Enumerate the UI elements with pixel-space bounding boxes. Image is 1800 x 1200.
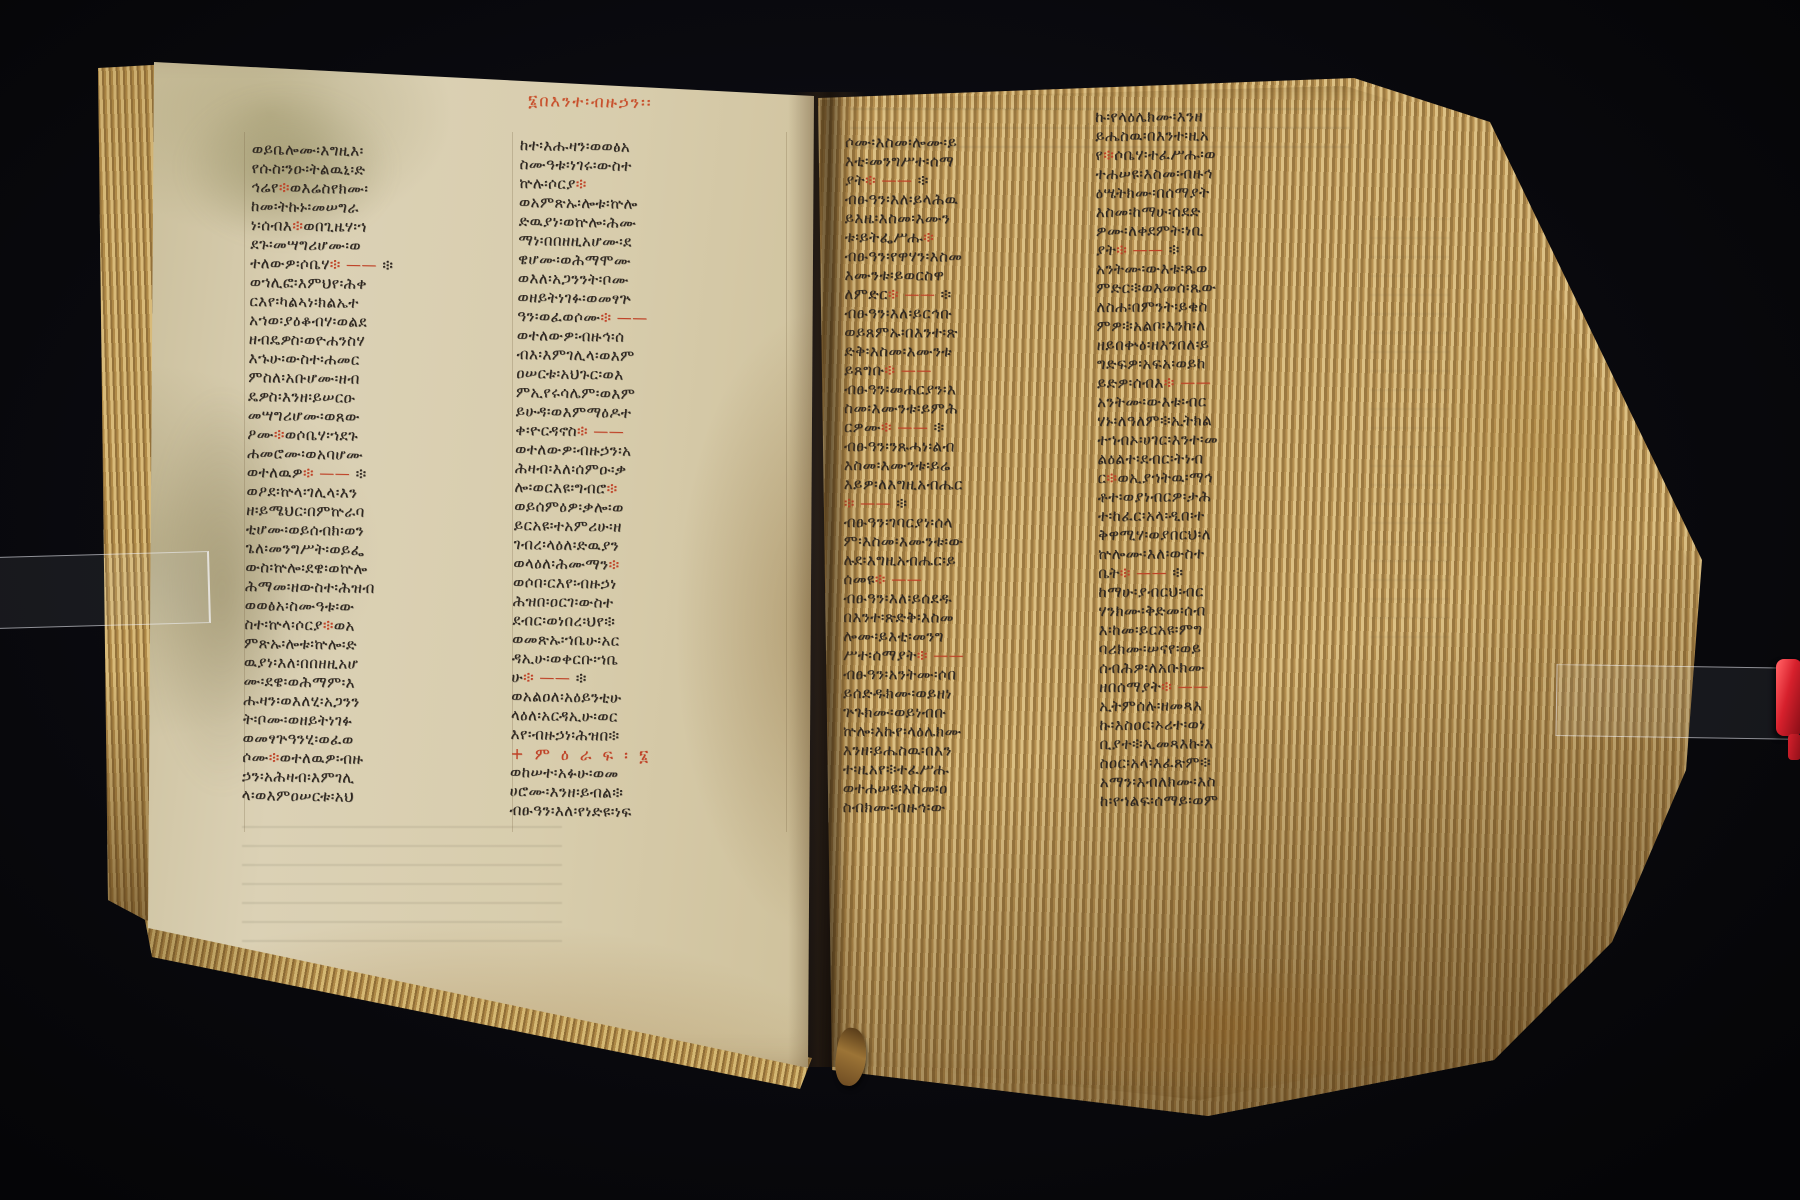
body-text: ኩ፡እስዐር፡ኦሪተ፡ወነ — [1099, 715, 1205, 734]
body-text: ወተለውዎ፡ብዙኃን፡አ — [515, 440, 632, 460]
body-text: ፨ — [891, 494, 907, 512]
body-text: ይርአዩ፡ተአምሪሁ፡ዘ — [514, 516, 622, 536]
red-clip-tail — [1788, 734, 1800, 760]
body-text: ሉደ፡እግዚአብሔር፡ይ — [843, 551, 956, 569]
body-text: ያት — [845, 171, 865, 189]
body-text: ቲሆሙ፡ወይሰብክ፡ወን — [246, 520, 365, 540]
body-text: ወመጽኡ፡ኀቤሁ፡አር — [512, 630, 620, 650]
body-text: ወተለዉዎ — [247, 463, 303, 482]
body-text: ብፁዓን፡ንጹሓነ፡ልብ — [844, 437, 955, 455]
showthrough-text — [1370, 218, 1450, 638]
body-text: ኵሎሙ፡እለ፡ውስተ — [1098, 544, 1204, 563]
body-text: ወመፃጕዓንሂ፡ወፈወ — [242, 729, 353, 749]
body-text: ር — [1098, 469, 1107, 487]
text-line: ያት፨ —— ፨ — [1096, 239, 1358, 260]
text-line: +፶፯ብፁዓን፡አንትሙ፡ሶበ — [843, 665, 1091, 685]
text-line: ሎሙ፡ይእቲ፡መንግ — [843, 627, 1091, 647]
rubric-text: ፨ — [279, 178, 290, 196]
red-cross-icon: + — [242, 479, 243, 492]
rubric-text: ፨ — [303, 464, 314, 482]
body-text: ከማሁ፡ያብርህ፡ብር — [1098, 582, 1203, 601]
body-text: ት፡ቦሙ፡ወዘይትነገፉ — [243, 710, 353, 730]
text-line: ኵሎ፡እኩየ፡ላዕሌክሙ — [843, 722, 1091, 742]
body-text: ምኢየሩሳሌም፡ወእም — [516, 383, 636, 403]
rubric-text: ፨ — [1103, 146, 1114, 164]
body-text: ኅሬየ — [251, 178, 279, 196]
text-line: እንዘ፡ይሔስዉ፡በእን — [843, 741, 1091, 761]
rubric-text: ፨ — [608, 555, 619, 573]
text-line: +አንትሙ፡ውእቱ፡ጼወ — [1096, 258, 1358, 279]
rubric-text: ፨ — [600, 308, 611, 326]
text-line: ሥተ፡ሰማያት፨ —— — [843, 646, 1091, 666]
text-line: አማን፡እብለክሙ፡እስ — [1100, 771, 1362, 792]
rubric-text: ፨ — [888, 285, 899, 303]
rubric-text: ፨ — [865, 171, 876, 189]
body-text: አንትሙ፡ውእቱ፡ጼወ — [1096, 259, 1208, 278]
body-text: ዘበሰማያት — [1099, 678, 1161, 696]
text-line: ቶተ፡ወያነብርዎ፡ታሕ — [1098, 486, 1360, 507]
text-line: ዕሤትክሙ፡በሰማያት — [1096, 182, 1358, 203]
body-text: ባሪክሙ፡ሠናየ፡ወይ — [1099, 639, 1202, 658]
body-text: ይሰድዱክሙ፡ወይዘነ — [843, 684, 952, 702]
body-text: ይጸግቡ — [844, 361, 884, 379]
body-text: ወይቤሎሙ፡እግዚእ፡ — [252, 140, 364, 160]
text-line: ሶሙ፡እስመ፡ሎሙ፡ይ — [845, 133, 1093, 153]
text-line: እ፡ከመ፡ይርአዩ፡ምግ — [1099, 619, 1361, 640]
rubric-text: ፨ — [523, 668, 534, 686]
body-text: ሕዛብ፡እለ፡ሰምዑ፡ቃ — [515, 459, 627, 479]
body-text: ዓን፡ወፈወሶሙ — [517, 307, 601, 326]
text-line: ቅዋሚሃ፡ወያበርህ፡ለ — [1098, 524, 1360, 545]
text-line: +እቲ፡መንግሥተ፡ሰማ — [845, 152, 1093, 172]
body-text: ይሁዳ፡ወእምማዕዶተ — [516, 402, 632, 422]
body-text: ልዕልተ፡ደብር፡ትነብ — [1097, 449, 1203, 468]
text-line: ቤት፨ —— ፨ — [1098, 562, 1360, 583]
acrylic-strip-left — [0, 551, 211, 629]
rubric-text: ፨ — [274, 425, 285, 443]
body-text: በእንተ፡ጽድቅ፡እስመ — [843, 608, 954, 626]
rubric-text: —— — [886, 570, 922, 588]
body-text: ሎሙ፡ይእቲ፡መንግ — [843, 627, 944, 645]
body-text: እየ፡ብዙኃነ፡ሕዝበ፨ — [510, 725, 619, 745]
body-text: ወወፅአ፡ስሙዓቱ፡ው — [245, 596, 355, 616]
body-text: ሙ፡ደዌ፡ወሕማም፡እ — [243, 672, 355, 692]
body-text: እንዘ፡ይሔስዉ፡በእን — [843, 741, 952, 759]
text-column-right-2: ኩ፡የላዕሌክሙ፡እንዘይሔስዉ፡በእንተ፡ዚአየ፨ሶቤሃ፡ተፈሥሑ፡ወተሐሠዩ… — [1095, 106, 1362, 811]
body-text: አንትሙ፡ውእቱ፡ብር — [1097, 392, 1207, 411]
body-text: ፨ — [1163, 240, 1179, 258]
body-text: ፨ — [935, 285, 951, 303]
body-text: ሕማመ፡ዘውስተ፡ሕዝብ — [245, 577, 375, 597]
body-text: ከተ፡እሑዛን፡ወወፅአ — [520, 136, 631, 156]
body-text: አኀወ፡ያዕቆብሃ፡ወልደ — [249, 311, 367, 331]
text-line: ር፨ወኢያኀትዉ፡ማኅ — [1098, 467, 1360, 488]
rubric-text: —— — [1172, 677, 1208, 695]
body-text: ከመ፡ትኩኑ፡መሠግራ — [251, 197, 359, 217]
rubric-text: —— — [895, 361, 931, 379]
text-line: ላ፡ወእምዐሠርቱ፡አህ — [242, 786, 500, 809]
text-line: +ብፁዓን፡ገባርያነ፡ሰላ — [844, 513, 1092, 533]
showthrough-text — [242, 822, 562, 942]
text-line: ኩ፡የላዕሌክሙ፡እንዘ — [1095, 106, 1357, 127]
text-line: ም፡እስመ፡እሙንቱ፡ው — [844, 532, 1092, 552]
rubric-text: ፨ — [917, 646, 928, 664]
body-text: ሰመዩ — [843, 570, 874, 588]
body-text: ቤት — [1098, 564, 1120, 582]
body-text: ምዎ፨አልቦ፡እንከ፡ለ — [1096, 316, 1205, 335]
text-line: ሉደ፡እግዚአብሔር፡ይ — [843, 551, 1091, 571]
text-line: ርዎሙ፨ —— ፨ — [844, 418, 1092, 438]
rubric-text: ፨ — [1164, 373, 1175, 391]
rubric-text: + — [510, 744, 535, 763]
text-line: ግድፍዎ፡አፍአ፡ወይከ — [1097, 353, 1359, 374]
text-line: ሰብሕዎ፡ለአቡክሙ — [1099, 657, 1361, 678]
body-text: የ — [1095, 146, 1103, 164]
text-column-right-1: ሶሙ፡እስመ፡ሎሙ፡ይ+እቲ፡መንግሥተ፡ሰማ፶ያት፨ —— ፨ብፁዓን፡እለ፡… — [843, 133, 1093, 818]
body-text: ብእ፡እምገሊላ፡ወእም — [516, 345, 634, 365]
body-text: ግድፍዎ፡አፍአ፡ወይከ — [1097, 354, 1206, 373]
body-text: ሕዝበ፡ዐርገ፡ውስተ — [513, 592, 614, 612]
body-text: ብፁዓን፡አንትሙ፡ሶበ — [843, 665, 956, 683]
rubric-text: —— — [876, 171, 912, 189]
red-clip — [1776, 659, 1800, 736]
body-text: ኵሎ፡እኩየ፡ላዕሌክሙ — [843, 722, 962, 740]
rubric-text: —— — [1127, 241, 1163, 259]
text-line: +፺፮ቱ፡ይትፌሥሑ፨ — [845, 228, 1093, 248]
text-line: ፶ያት፨ —— ፨ — [845, 171, 1093, 191]
body-text: ዐሠርቱ፡አህጉር፡ወእ — [516, 364, 624, 384]
rubric-text: ፨ — [881, 418, 892, 436]
body-text: ርዎሙ — [844, 418, 881, 436]
rubric-text: —— — [611, 308, 648, 327]
text-line: ብፁዓን፡እለ፡የነድዩ፡ነፍ — [509, 801, 771, 824]
text-line: ፨ —— ፨ — [844, 494, 1092, 514]
text-line: ዘበሰማያት፨ —— — [1099, 676, 1361, 697]
text-line: ዘይበቍዕ፡ዘእንበለ፡ይ — [1097, 334, 1359, 355]
body-text: ቀ፡ዮርዳኖስ — [515, 421, 577, 440]
body-text: ስዐር፡አላ፡እፈጽም፨ — [1100, 753, 1212, 772]
text-line: ለምድር፨ —— ፨ — [844, 285, 1092, 305]
rubric-text: —— — [1175, 373, 1211, 391]
body-text: ብፁዓን፡ገባርያነ፡ሰላ — [844, 513, 953, 531]
text-line: ሃኑ፡ለዓለም፨ኢትክል — [1097, 410, 1359, 431]
body-text: ድቅ፡እስመ፡እሙንቱ — [844, 342, 952, 360]
body-text: ሃንክሙ፡ቅድመ፡ሰብ — [1098, 601, 1205, 620]
rubric-text: ፨ — [884, 361, 895, 379]
text-line: ይሰድዱክሙ፡ወይዘነ — [843, 684, 1091, 704]
text-column-left-1: ወይቤሎሙ፡እግዚእ፡የሱስ፡ንዑ፡ትልዉኒ፡ድኅሬየ፨ወእሬስየክሙ፡ከመ፡ት… — [242, 140, 510, 809]
body-text: ወበጊዜሃ፡ኀ — [303, 217, 367, 236]
body-text: ኩ፡የላዕሌክሙ፡እንዘ — [1095, 107, 1203, 126]
rubric-text: ፨ — [1116, 241, 1127, 259]
body-text: ዘብዴዎስ፡ወዮሐንስሃ — [249, 330, 365, 350]
body-text: ቢያተ፨ኢመጻእኩ፡እ — [1099, 734, 1213, 753]
margin-mark: ፳ — [509, 437, 511, 453]
body-text: ሶሙ — [242, 748, 269, 766]
rubric-text: —— — [928, 646, 964, 664]
body-text: ብፁዓን፡እለ፡ይላሕዉ — [845, 190, 958, 208]
body-text: ማነ፡በበዘዚአሆሙ፡ደ — [518, 231, 632, 251]
body-text: ዎሙ፡ለቀደምት፡ነቢ — [1096, 221, 1204, 240]
body-text: ድዉያነ፡ወኵሎ፡ሕሙ — [519, 212, 637, 232]
body-text: እኁሁ፡ውስተ፡ሐመር — [248, 349, 359, 369]
body-text: ጕጉክሙ፡ወይነብቡ — [843, 703, 946, 721]
rubric-text: —— — [534, 668, 571, 687]
body-text: ኵሉ፡ሶርያ — [519, 174, 576, 193]
body-text: እ፡ከመ፡ይርአዩ፡ምግ — [1099, 620, 1203, 639]
rubric-text: ፨ — [330, 255, 341, 273]
body-text: ምስለ፡አቡሆሙ፡ዘብ — [248, 368, 360, 388]
body-text: ፨ — [377, 256, 394, 274]
body-text: ወይጸምኡ፡በእንተ፡ጽ — [844, 323, 958, 341]
parchment-stain — [1430, 228, 1650, 688]
body-text: ኃን፡አሕዛብ፡እምገሊ — [242, 767, 355, 787]
body-text: ወአልዐለ፡አዕይንቲሁ — [511, 687, 622, 707]
text-line: ከ፡የኀልፍ፡ሰማይ፡ወም — [1100, 790, 1362, 811]
text-line: ተኀብኦ፡ሀገር፡እንተ፡መ — [1097, 429, 1359, 450]
body-text: ጌለ፡መንግሥት፡ወይፌ — [245, 539, 364, 559]
body-text: ብፁዓን፡እለ፡ይርኅቡ — [844, 304, 952, 322]
body-text: ስተ፡ኵላ፡ሶርያ — [244, 615, 323, 634]
body-text: ውስ፡ኵሎ፡ደዌ፡ወኵሎ — [245, 558, 368, 578]
rubric-text: ፨ — [923, 228, 934, 246]
body-text: ሶቤሃ፡ተፈሥሑ፡ወ — [1114, 145, 1216, 164]
text-line: ልዕልተ፡ደብር፡ትነብ — [1097, 448, 1359, 469]
body-text: እስመ፡እሙንቱ፡ይሬ — [844, 456, 951, 474]
body-text: እስመ፡ከማሁ፡ሰደድ — [1096, 202, 1201, 221]
body-text: ብፁዓን፡እለ፡ይሰደዱ — [843, 589, 952, 607]
text-line: ምድር፨ወእመሰ፡ጼው — [1096, 277, 1358, 298]
rubric-text: ፨ — [844, 494, 855, 512]
body-text: ስብክሙ፡ብዙኅ፡ው — [843, 798, 946, 816]
body-text: ሶሙ፡እስመ፡ሎሙ፡ይ — [845, 133, 957, 151]
red-numeral: ፺፪ — [242, 284, 243, 298]
body-text: ወተሐሠዩ፡እስመ፡ዐ — [843, 779, 948, 797]
body-text: ለምድር — [844, 285, 888, 303]
body-text: ዳኢሁ፡ወቀርቡ፡ኀቤ — [512, 649, 619, 669]
text-column-left-2: ከተ፡እሑዛን፡ወወፅአስሙዓቱ፡ነገሩ፡ውስተኵሉ፡ሶርያ፨ወአምጽኡ፡ሎቱ፡… — [509, 136, 782, 824]
rubric-text: ፨ — [576, 175, 587, 193]
rubric-text: ፨ — [269, 748, 280, 766]
text-line: ኵሎሙ፡እለ፡ውስተ — [1098, 543, 1360, 564]
body-text: ዴዎስ፡እንዘ፡ይሠርዑ — [248, 387, 356, 407]
body-text: ወተለዉዎ፡ብዙ — [280, 749, 364, 768]
text-line: በእንተ፡ጽድቅ፡እስመ — [843, 608, 1091, 628]
text-line: ድቅ፡እስመ፡እሙንቱ — [844, 342, 1092, 362]
body-text: ወኀሊፎ፡እምህየ፡ሕቀ — [250, 273, 367, 293]
body-text: ወሶበ፡ርእየ፡ብዙኃነ — [513, 573, 617, 593]
body-text: ወእሬስየክሙ፡ — [290, 179, 369, 198]
body-text: ወአምጽኡ፡ሎቱ፡ኵሎ — [519, 193, 638, 213]
body-text: ቶተ፡ወያነብርዎ፡ታሕ — [1098, 487, 1212, 506]
rubric-text: —— — [899, 285, 935, 303]
text-line: ባሪክሙ፡ሠናየ፡ወይ — [1099, 638, 1361, 659]
body-text: ብፁዓን፡የዋሃን፡እስመ — [845, 247, 963, 265]
body-text: ኢትምሰሉ፡ዘመጻእ — [1099, 696, 1202, 715]
text-line: ይድዎ፡ሰብእ፨ —— — [1097, 372, 1359, 393]
body-text: ምጽኡ፡ሎቱ፡ኵሎ፡ድ — [244, 634, 357, 654]
page-header: ፮በእንተ፡ብዙኃን፡፡ — [528, 91, 653, 113]
rubric-text: —— — [314, 464, 351, 483]
text-line: ዎሙ፡ለቀደምት፡ነቢ — [1096, 220, 1358, 241]
body-text: ሀሮሙ፡እንዘ፡ይብል፨ — [510, 782, 624, 802]
text-line: ስመ፡እሙንቱ፡ይምሕ — [844, 399, 1092, 419]
rubric-text: —— — [588, 422, 625, 441]
text-line: ተ፡ዚአየ፨ተፈሥሑ — [843, 760, 1091, 780]
body-text: ሎ፡ወርእዩ፡ግብሮ — [514, 478, 606, 497]
text-line: ምዎ፨አልቦ፡እንከ፡ለ — [1096, 315, 1358, 336]
acrylic-strip-right — [1555, 664, 1800, 740]
rubric-text: ፨ — [606, 479, 617, 497]
ruling-line — [786, 132, 787, 832]
body-text: ከ፡የኀልፍ፡ሰማይ፡ወም — [1100, 791, 1219, 810]
body-text: ወሶቤሃ፡ኀደጉ — [285, 426, 359, 445]
rubric-text: —— — [1131, 564, 1167, 582]
text-line: ተ፡ከፈር፡አላ፡ዲበ፡ተ — [1098, 505, 1360, 526]
body-text: ሐመሮሙ፡ወአባሆሙ — [247, 444, 363, 464]
text-line: ወይጸምኡ፡በእንተ፡ጽ — [844, 323, 1092, 343]
body-text: ፨ — [570, 669, 587, 687]
rubric-text: —— — [892, 418, 928, 436]
body-text: ወዖደ፡ኵላ፡ገሊላ፡እን — [246, 482, 357, 502]
body-text: ወከሠተ፡አፉሁ፡ወመ — [510, 763, 619, 783]
rubric-text: —— — [341, 255, 378, 274]
body-text: ደጉ፡መሣግሪሆሙ፡ወ — [250, 235, 361, 255]
text-line: ይእዜ፡እስመ፡እሙን — [845, 209, 1093, 229]
body-text: እቲ፡መንግሥተ፡ሰማ — [845, 152, 954, 170]
body-text: ዌሆሙ፡ወሕማሞሙ — [518, 250, 631, 270]
body-text: ወኢያኀትዉ፡ማኅ — [1117, 468, 1213, 487]
text-line: እይዎ፡ለእግዚአብሔር — [844, 475, 1092, 495]
body-text: ላዕለ፡አርዳኢሁ፡ወር — [511, 706, 618, 726]
text-line: ኩ፡እስዐር፡ኦሪተ፡ወነ — [1099, 714, 1361, 735]
rubric-text: ፨ — [1161, 677, 1172, 695]
body-text: ሃኑ፡ለዓለም፨ኢትክል — [1097, 411, 1212, 430]
body-text: ዘይበቍዕ፡ዘእንበለ፡ይ — [1097, 335, 1210, 354]
text-line: እሙንቱ፡ይወርስዋ — [844, 266, 1092, 286]
body-text: ስመ፡እሙንቱ፡ይምሕ — [844, 399, 958, 417]
text-line: ወተሐሠዩ፡እስመ፡ዐ — [843, 779, 1091, 799]
text-line: ስብክሙ፡ብዙኅ፡ው — [843, 798, 1091, 818]
rubric-text: —— — [855, 494, 891, 512]
body-text: ቅዋሚሃ፡ወያበርህ፡ለ — [1098, 525, 1211, 544]
body-text: እሙንቱ፡ይወርስዋ — [844, 266, 944, 284]
text-line: ይጸግቡ፨ —— — [844, 361, 1092, 381]
body-text: አማን፡እብለክሙ፡እስ — [1100, 772, 1216, 791]
body-text: ብፁዓን፡መሐርያን፡እ — [844, 380, 956, 398]
body-text: መሣግሪሆሙ፡ወጸው — [248, 406, 360, 426]
text-line: እስመ፡እሙንቱ፡ይሬ — [844, 456, 1092, 476]
body-text: ያት — [1096, 241, 1116, 259]
body-text: ወይሰምዕዎ፡ቃሎ፡ወ — [514, 497, 624, 517]
text-line: ፯ብፁዓን፡የዋሃን፡እስመ — [845, 247, 1093, 267]
body-text: ተለውዎ፡ሶቤሃ — [250, 254, 330, 273]
text-line: ስዐር፡አላ፡እፈጽም፨ — [1100, 752, 1362, 773]
margin-mark: ፯ — [509, 475, 510, 491]
text-line: +፮አንትሙ፡ውእቱ፡ብር — [1097, 391, 1359, 412]
body-text: ፨ — [350, 465, 367, 483]
body-text: ም፡እስመ፡እሙንቱ፡ው — [844, 532, 964, 550]
body-text: ነ፡ሰብእ — [251, 216, 293, 235]
ruling-line — [840, 128, 841, 888]
body-text: ወላዕለ፡ሕሙማን — [513, 554, 609, 573]
margin-mark: + — [242, 479, 243, 492]
body-text: ወተለውዎ፡ብዙኅ፡ሰ — [517, 326, 625, 346]
text-line: +ብፁዓን፡መሐርያን፡እ — [844, 380, 1092, 400]
body-text: ገብረ፡ላዕለ፡ድዉያን — [513, 535, 619, 555]
text-line: ለስሐ፡በምንት፡ይቄስ — [1096, 296, 1358, 317]
body-text: ዕሤትክሙ፡በሰማያት — [1096, 183, 1210, 202]
text-line: ጕጉክሙ፡ወይነብቡ — [843, 703, 1091, 723]
text-line: ሰመዩ፨ —— — [843, 570, 1091, 590]
text-line: ሃንክሙ፡ቅድመ፡ሰብ — [1098, 600, 1360, 621]
text-line: እስመ፡ከማሁ፡ሰደድ — [1096, 201, 1358, 222]
rubric-text: ፨ — [875, 570, 886, 588]
body-text: ለስሐ፡በምንት፡ይቄስ — [1096, 297, 1208, 316]
body-text: ቱ፡ይትፌሥሑ — [845, 228, 924, 246]
text-line: ብፁዓን፡እለ፡ይላሕዉ — [845, 190, 1093, 210]
rubric-text: ፨ — [1106, 469, 1117, 487]
text-line: ኢትምሰሉ፡ዘመጻእ — [1099, 695, 1361, 716]
body-text: ተኀብኦ፡ሀገር፡እንተ፡መ — [1097, 430, 1218, 449]
body-text: ብፁዓን፡እለ፡የነድዩ፡ነፍ — [509, 801, 632, 821]
text-line: +ብፁዓን፡ንጹሓነ፡ልብ — [844, 437, 1092, 457]
body-text: ስሙዓቱ፡ነገሩ፡ውስተ — [519, 155, 631, 175]
body-text: ደብር፡ወነበረ፡ህየ፨ — [512, 611, 615, 631]
body-text: ሥተ፡ሰማያት — [843, 646, 917, 664]
body-text: ሁ — [511, 668, 523, 686]
body-text: ርእየ፡ካልኣነ፡ክልኤተ — [249, 292, 359, 312]
body-text: ወአ — [334, 616, 355, 634]
body-text: ይድዎ፡ሰብእ — [1097, 374, 1164, 392]
rubric-text: ም ዕ ራ ፍ ፡ ፮ — [535, 744, 652, 765]
text-line: +ከማሁ፡ያብርህ፡ብር — [1098, 581, 1360, 602]
text-line: ይሔስዉ፡በእንተ፡ዚአ — [1095, 125, 1357, 146]
rubric-text: ፨ — [577, 422, 588, 440]
text-line: +ብፁዓን፡እለ፡ይሰደዱ — [843, 589, 1091, 609]
body-text: ላ፡ወእምዐሠርቱ፡አህ — [242, 786, 355, 806]
body-text: ይሔስዉ፡በእንተ፡ዚአ — [1095, 126, 1209, 145]
body-text: እይዎ፡ለእግዚአብሔር — [844, 475, 963, 493]
text-line: +ብፁዓን፡እለ፡ይርኅቡ — [844, 304, 1092, 324]
rubric-text: ፨ — [292, 217, 303, 235]
body-text: ምድር፨ወእመሰ፡ጼው — [1096, 278, 1216, 297]
text-line: ቢያተ፨ኢመጻእኩ፡እ — [1099, 733, 1361, 754]
text-line: የ፨ሶቤሃ፡ተፈሥሑ፡ወ — [1095, 144, 1357, 165]
rubric-text: ፨ — [1120, 564, 1131, 582]
body-text: ወዘይትነገፉ፡ወመፃጕ — [517, 288, 631, 308]
body-text: ወእለ፡አጋንንት፡ቦሙ — [518, 269, 629, 289]
body-text: ተ፡ዚአየ፨ተፈሥሑ — [843, 760, 949, 778]
text-line: ተሐሠዩ፡እስመ፡ብዙኅ — [1095, 163, 1357, 184]
body-text: ሰብሕዎ፡ለአቡክሙ — [1099, 658, 1205, 677]
body-text: ፨ — [912, 171, 928, 189]
body-text: ዘ፡ይሜህር፡በምኵራባ — [246, 501, 365, 521]
photograph-scene: ፮በእንተ፡ብዙኃን፡፡ ወይቤሎሙ፡እግዚእ፡የሱስ፡ንዑ፡ትልዉኒ፡ድኅሬየ… — [0, 0, 1800, 1200]
body-text: ይእዜ፡እስመ፡እሙን — [845, 209, 951, 227]
body-text: ዖሙ — [247, 425, 274, 443]
body-text: የሱስ፡ንዑ፡ትልዉኒ፡ድ — [251, 159, 365, 179]
body-text: ሑዛን፡ወእለሂ፡አጋንን — [243, 691, 360, 711]
body-text: ተሐሠዩ፡እስመ፡ብዙኅ — [1095, 164, 1212, 183]
body-text: ፨ — [928, 418, 944, 436]
body-text: ተ፡ከፈር፡አላ፡ዲበ፡ተ — [1098, 506, 1205, 525]
body-text: ፨ — [1167, 563, 1183, 581]
body-text: ዉያነ፡እለ፡በበዘዚአሆ — [244, 653, 359, 673]
